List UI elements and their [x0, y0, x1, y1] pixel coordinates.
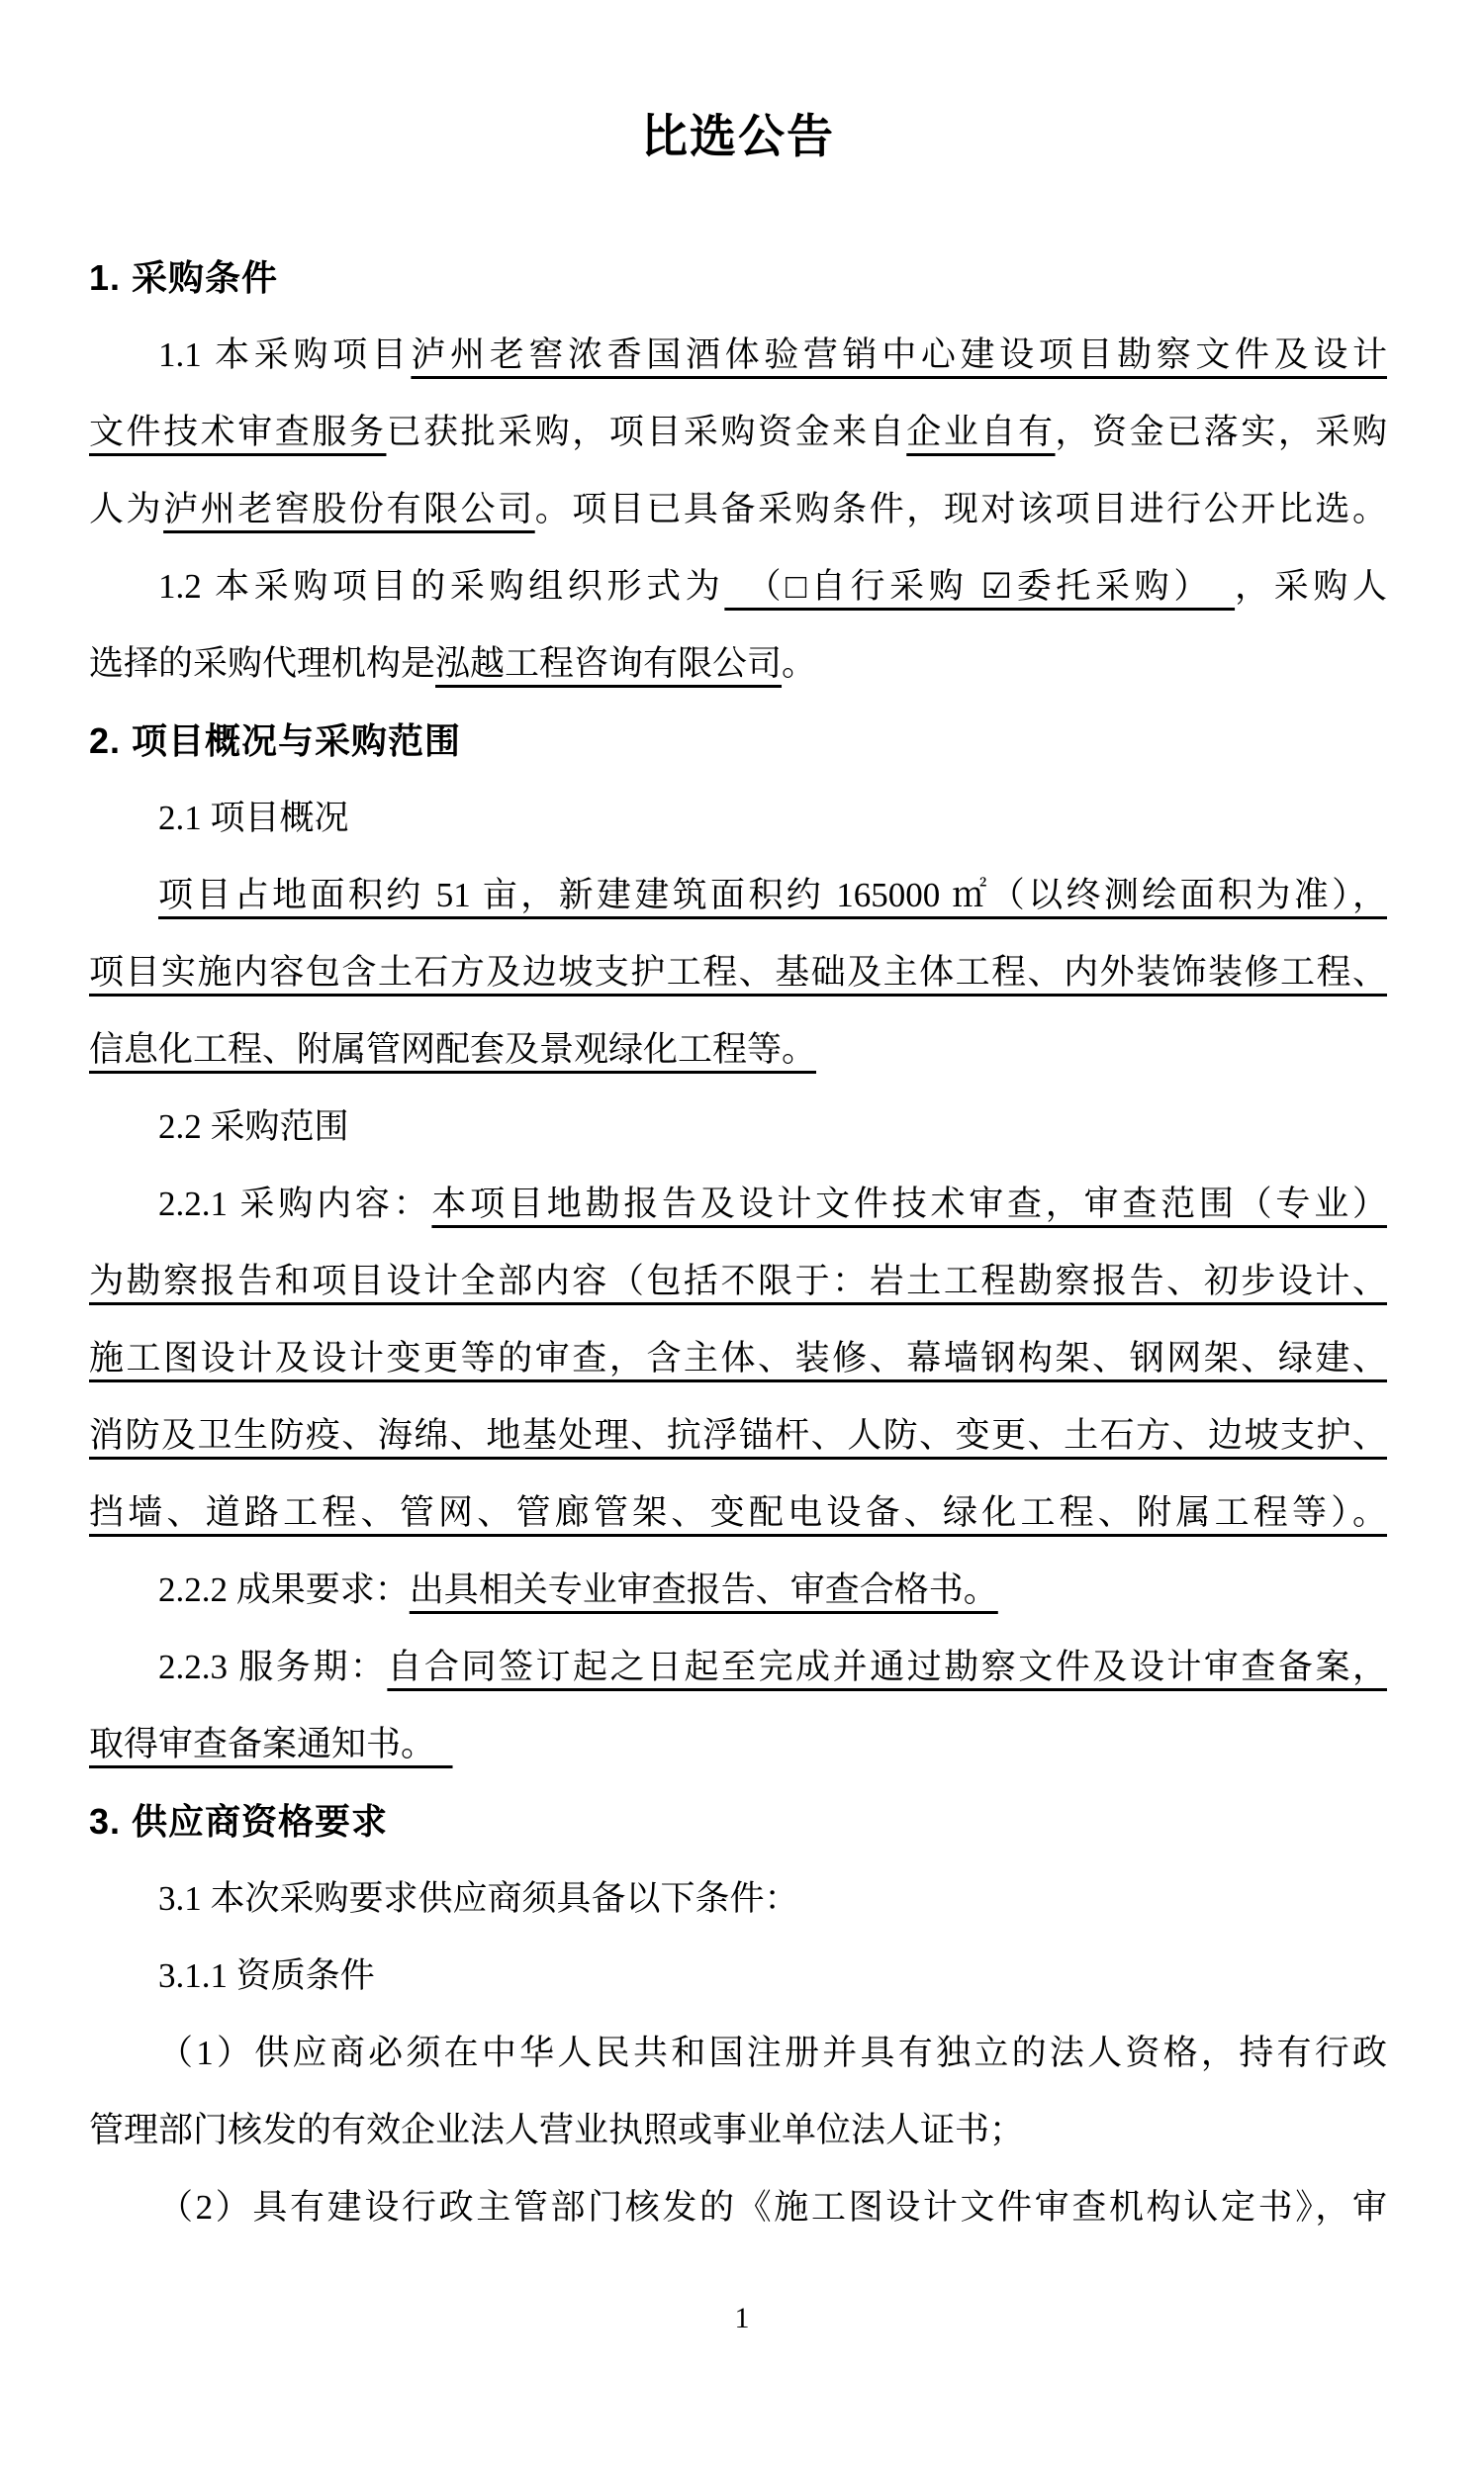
text-segment: 。项目已具备采购条件，现对该项目进行公开比选。 [535, 490, 1387, 528]
text-segment: 2.2.3 服务期： [158, 1648, 387, 1686]
doc-line: 信息化工程、附属管网配套及景观绿化工程等。 [89, 1011, 1387, 1089]
text-segment: （1）供应商必须在中华人民共和国注册并具有独立的法人资格，持有行政 [158, 2034, 1387, 2072]
underlined-text: 为勘察报告和项目设计全部内容（包括不限于：岩土工程勘察报告、初步设计、 [89, 1262, 1387, 1300]
text-segment: 2.2 采购范围 [158, 1107, 349, 1146]
text-segment: 已获批采购，项目采购资金来自 [386, 413, 906, 451]
doc-line: 2.2.1 采购内容：本项目地勘报告及设计文件技术审查，审查范围（专业） [89, 1166, 1387, 1243]
doc-line: 为勘察报告和项目设计全部内容（包括不限于：岩土工程勘察报告、初步设计、 [89, 1243, 1387, 1320]
section-heading: 3. 供应商资格要求 [89, 1783, 1387, 1860]
document-content: 比选公告 1. 采购条件1.1 本采购项目泸州老窖浓香国酒体验营销中心建设项目勘… [89, 95, 1387, 2246]
underlined-text: 挡墙、道路工程、管网、管廊管架、变配电设备、绿化工程、附属工程等）。 [89, 1493, 1387, 1532]
section-heading: 2. 项目概况与采购范围 [89, 703, 1387, 780]
text-segment: ，采购人 [1235, 567, 1387, 606]
underlined-text: 泓越工程咨询有限公司 [435, 644, 782, 683]
underlined-text: （□自行采购 ☑委托采购） [724, 567, 1235, 606]
text-segment: 3. 供应商资格要求 [89, 1801, 388, 1842]
doc-line: 2.2 采购范围 [89, 1089, 1387, 1166]
text-segment: 1.2 本采购项目的采购组织形式为 [158, 567, 724, 606]
document-page: 比选公告 1. 采购条件1.1 本采购项目泸州老窖浓香国酒体验营销中心建设项目勘… [0, 0, 1484, 2470]
text-segment: （2）具有建设行政主管部门核发的《施工图设计文件审查机构认定书》，审 [158, 2188, 1387, 2227]
text-segment: 选择的采购代理机构是 [89, 644, 435, 683]
underlined-text: 出具相关专业审查报告、审查合格书。 [410, 1570, 998, 1609]
text-segment: 1. 采购条件 [89, 257, 278, 298]
doc-line: 管理部门核发的有效企业法人营业执照或事业单位法人证书； [89, 2092, 1387, 2169]
section-heading: 1. 采购条件 [89, 239, 1387, 317]
underlined-text: 企业自有 [906, 413, 1055, 451]
text-segment: 1.1 本采购项目 [158, 335, 411, 374]
text-segment: 2.2.1 采购内容： [158, 1185, 431, 1223]
doc-line: 项目实施内容包含土石方及边坡支护工程、基础及主体工程、内外装饰装修工程、 [89, 934, 1387, 1011]
doc-line: 2.1 项目概况 [89, 780, 1387, 857]
document-body: 1. 采购条件1.1 本采购项目泸州老窖浓香国酒体验营销中心建设项目勘察文件及设… [89, 239, 1387, 2246]
doc-line: 文件技术审查服务已获批采购，项目采购资金来自企业自有，资金已落实，采购 [89, 394, 1387, 471]
doc-line: 2.2.2 成果要求：出具相关专业审查报告、审查合格书。 [89, 1552, 1387, 1629]
page-number: 1 [0, 2302, 1484, 2335]
doc-line: 1.2 本采购项目的采购组织形式为 （□自行采购 ☑委托采购） ，采购人 [89, 548, 1387, 625]
doc-line: 挡墙、道路工程、管网、管廊管架、变配电设备、绿化工程、附属工程等）。 [89, 1474, 1387, 1552]
doc-line: 取得审查备案通知书。 [89, 1706, 1387, 1783]
underlined-text: 消防及卫生防疫、海绵、地基处理、抗浮锚杆、人防、变更、土石方、边坡支护、 [89, 1416, 1387, 1455]
text-segment: 3.1.1 资质条件 [158, 1956, 375, 1995]
text-segment: 2.1 项目概况 [158, 799, 349, 837]
underlined-text: 泸州老窖浓香国酒体验营销中心建设项目勘察文件及设计 [411, 335, 1387, 374]
underlined-text: 泸州老窖股份有限公司 [163, 490, 535, 528]
doc-line: 3.1 本次采购要求供应商须具备以下条件： [89, 1860, 1387, 1938]
underlined-text: 自合同签订起之日起至完成并通过勘察文件及设计审查备案， [387, 1648, 1387, 1686]
underlined-text: 文件技术审查服务 [89, 413, 386, 451]
underlined-text: 信息化工程、附属管网配套及景观绿化工程等。 [89, 1030, 816, 1069]
doc-line: 施工图设计及设计变更等的审查，含主体、装修、幕墙钢构架、钢网架、绿建、 [89, 1320, 1387, 1397]
doc-line: 1.1 本采购项目泸州老窖浓香国酒体验营销中心建设项目勘察文件及设计 [89, 317, 1387, 394]
text-segment: 管理部门核发的有效企业法人营业执照或事业单位法人证书； [89, 2111, 1024, 2149]
text-segment: 人为 [89, 490, 163, 528]
doc-line: 项目占地面积约 51 亩，新建建筑面积约 165000 ㎡（以终测绘面积为准）， [89, 857, 1387, 934]
doc-line: 人为泸州老窖股份有限公司。项目已具备采购条件，现对该项目进行公开比选。 [89, 471, 1387, 548]
document-title: 比选公告 [89, 95, 1387, 178]
underlined-text: 本项目地勘报告及设计文件技术审查，审查范围（专业） [431, 1185, 1387, 1223]
underlined-text: 项目占地面积约 51 亩，新建建筑面积约 165000 ㎡（以终测绘面积为准）， [158, 876, 1387, 914]
text-segment: 2. 项目概况与采购范围 [89, 720, 461, 761]
underlined-text: 取得审查备案通知书。 [89, 1725, 453, 1763]
doc-line: 2.2.3 服务期：自合同签订起之日起至完成并通过勘察文件及设计审查备案， [89, 1629, 1387, 1706]
text-segment: 2.2.2 成果要求： [158, 1570, 410, 1609]
underlined-text: 项目实施内容包含土石方及边坡支护工程、基础及主体工程、内外装饰装修工程、 [89, 953, 1387, 992]
doc-line: （2）具有建设行政主管部门核发的《施工图设计文件审查机构认定书》，审 [89, 2169, 1387, 2246]
text-segment: 。 [782, 644, 816, 683]
text-segment: ，资金已落实，采购 [1056, 413, 1387, 451]
doc-line: 3.1.1 资质条件 [89, 1938, 1387, 2015]
text-segment: 3.1 本次采购要求供应商须具备以下条件： [158, 1879, 799, 1918]
doc-line: 选择的采购代理机构是泓越工程咨询有限公司。 [89, 625, 1387, 703]
doc-line: （1）供应商必须在中华人民共和国注册并具有独立的法人资格，持有行政 [89, 2015, 1387, 2092]
underlined-text: 施工图设计及设计变更等的审查，含主体、装修、幕墙钢构架、钢网架、绿建、 [89, 1339, 1387, 1377]
doc-line: 消防及卫生防疫、海绵、地基处理、抗浮锚杆、人防、变更、土石方、边坡支护、 [89, 1397, 1387, 1474]
